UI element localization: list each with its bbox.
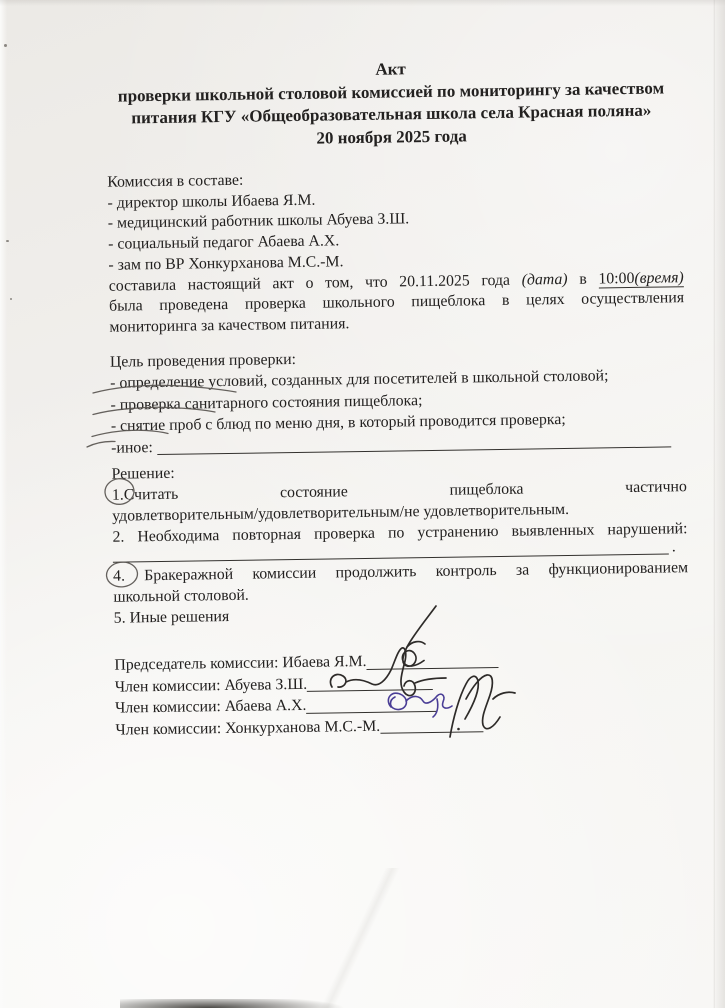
signature-ink-member-3 (450, 675, 515, 737)
circle-annotation-item-1 (104, 477, 136, 505)
pen-underline-purpose-1 (93, 385, 236, 393)
pen-underline-purpose-3 (92, 430, 168, 436)
signature-ink-member-2 (388, 693, 452, 717)
handwritten-annotations-layer (0, 0, 725, 1008)
paper-speck (4, 44, 7, 47)
scanned-document-photo: Акт проверки школьной столовой комиссией… (0, 0, 725, 1008)
circle-annotation-item-4 (105, 560, 139, 588)
pen-underline-purpose-other (87, 441, 115, 447)
signature-ink-member-1 (330, 648, 446, 696)
pen-underline-purpose-2 (93, 407, 215, 414)
paper-speck (10, 298, 12, 300)
signature-ink-chairman (402, 606, 436, 666)
paper-speck (6, 240, 9, 242)
